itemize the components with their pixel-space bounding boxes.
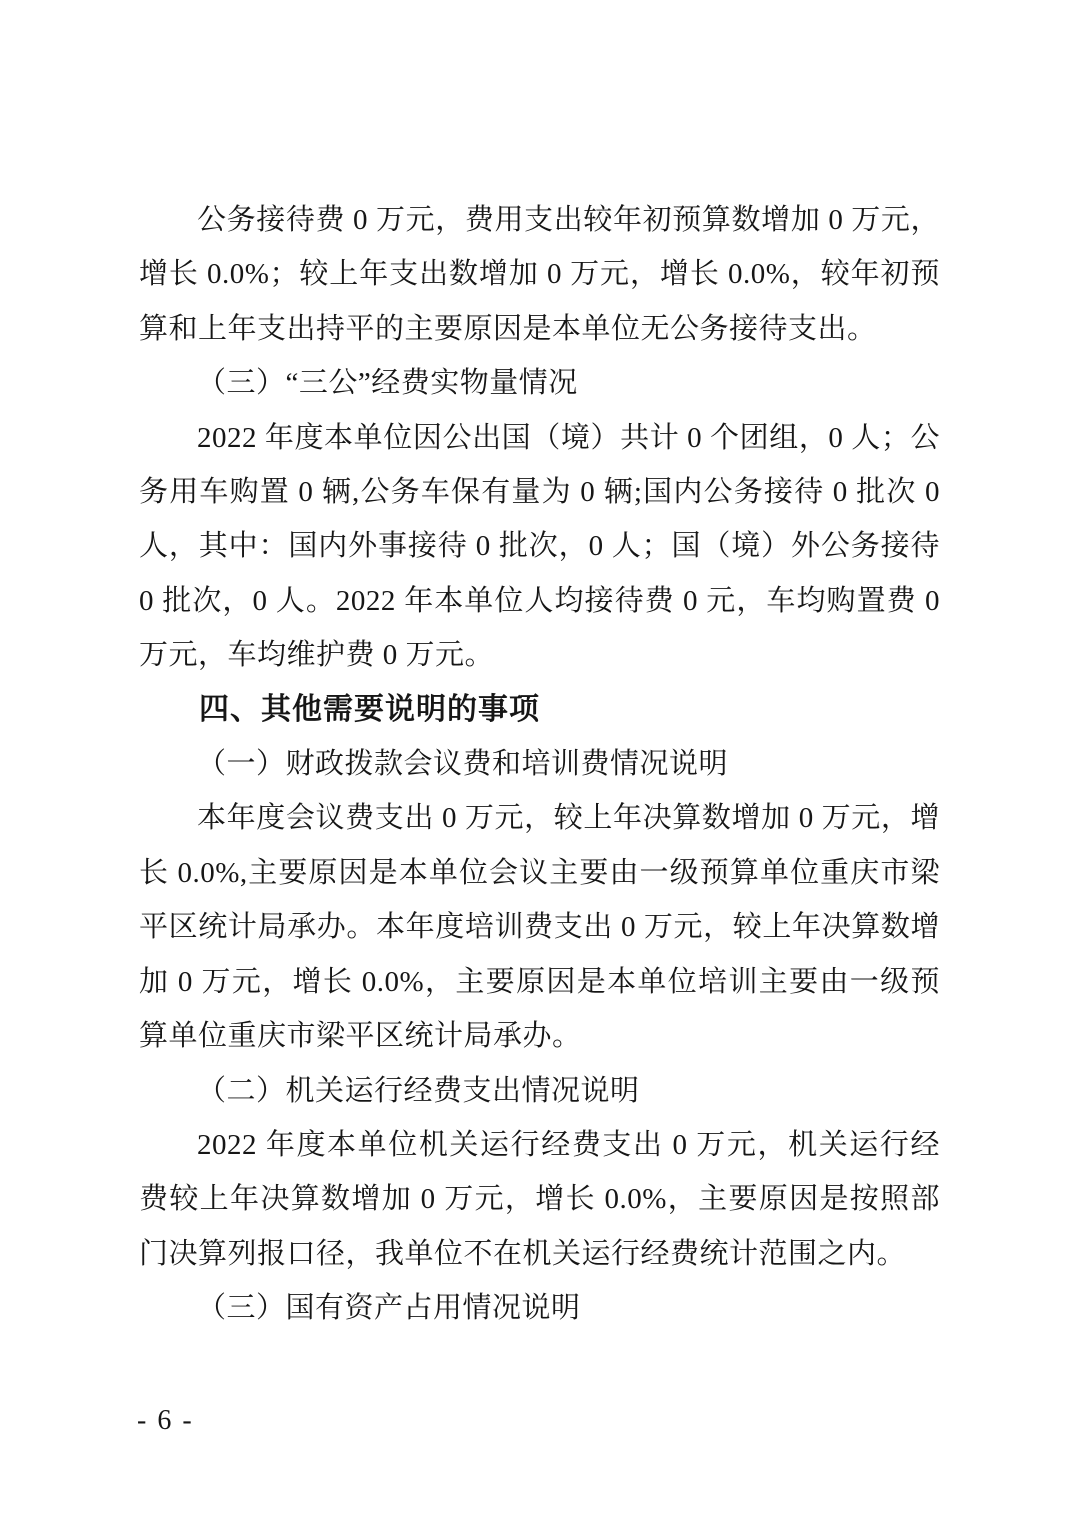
subheading-agency-operating-expense: （二）机关运行经费支出情况说明 [139,1064,940,1118]
paragraph-meeting-training-fee: 本年度会议费支出 0 万元，较上年决算数增加 0 万元，增长 0.0%,主要原因… [139,791,940,1063]
document-page: 公务接待费 0 万元，费用支出较年初预算数增加 0 万元，增长 0.0%；较上年… [0,0,1074,1520]
paragraph-three-public-physical-quantity: 2022 年度本单位因公出国（境）共计 0 个团组，0 人；公务用车购置 0 辆… [139,411,940,683]
paragraph-official-reception-expense: 公务接待费 0 万元，费用支出较年初预算数增加 0 万元，增长 0.0%；较上年… [139,193,940,356]
subheading-meeting-training-fee: （一）财政拨款会议费和培训费情况说明 [139,737,940,791]
subheading-three-public-physical-quantity: （三）“三公”经费实物量情况 [139,356,940,410]
page-number: - 6 - [137,1405,194,1437]
document-body: 公务接待费 0 万元，费用支出较年初预算数增加 0 万元，增长 0.0%；较上年… [139,193,940,1336]
paragraph-agency-operating-expense: 2022 年度本单位机关运行经费支出 0 万元，机关运行经费较上年决算数增加 0… [139,1118,940,1281]
section-heading-other-matters: 四、其他需要说明的事项 [139,683,940,737]
subheading-state-owned-assets: （三）国有资产占用情况说明 [139,1281,940,1335]
